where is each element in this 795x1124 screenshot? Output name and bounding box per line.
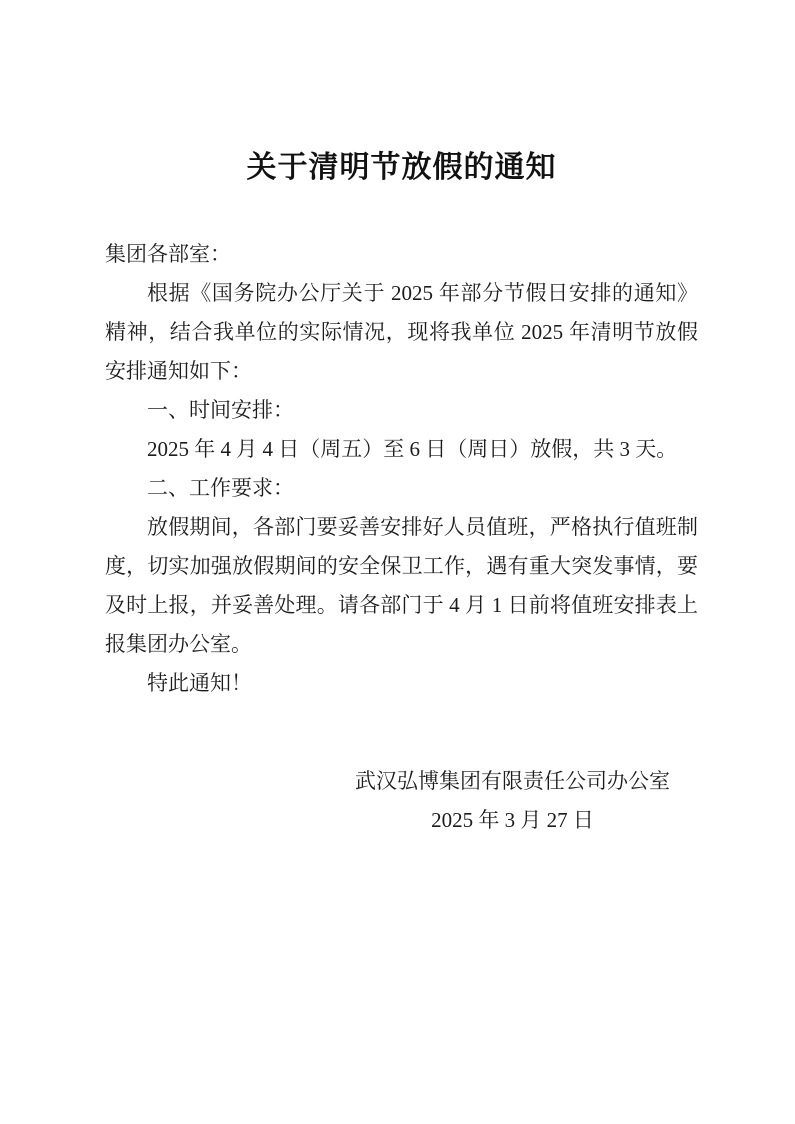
- paragraph-duty-requirements: 放假期间，各部门要妥善安排好人员值班，严格执行值班制度，切实加强放假期间的安全保…: [105, 508, 698, 664]
- paragraph-closing: 特此通知！: [105, 664, 698, 703]
- paragraph-intro: 根据《国务院办公厅关于 2025 年部分节假日安排的通知》精神，结合我单位的实际…: [105, 274, 698, 391]
- document-title: 关于清明节放假的通知: [105, 148, 698, 188]
- paragraph-holiday-dates: 2025 年 4 月 4 日（周五）至 6 日（周日）放假，共 3 天。: [105, 430, 698, 469]
- signature-company: 武汉弘博集团有限责任公司办公室: [355, 762, 670, 801]
- salutation: 集团各部室：: [105, 235, 698, 274]
- signature-date: 2025 年 3 月 27 日: [355, 801, 670, 840]
- section-heading-work-requirements: 二、工作要求：: [105, 469, 698, 508]
- section-heading-time-arrangement: 一、时间安排：: [105, 391, 698, 430]
- signature-block: 武汉弘博集团有限责任公司办公室 2025 年 3 月 27 日: [355, 762, 670, 840]
- document-page: 关于清明节放假的通知 集团各部室： 根据《国务院办公厅关于 2025 年部分节假…: [0, 0, 795, 1124]
